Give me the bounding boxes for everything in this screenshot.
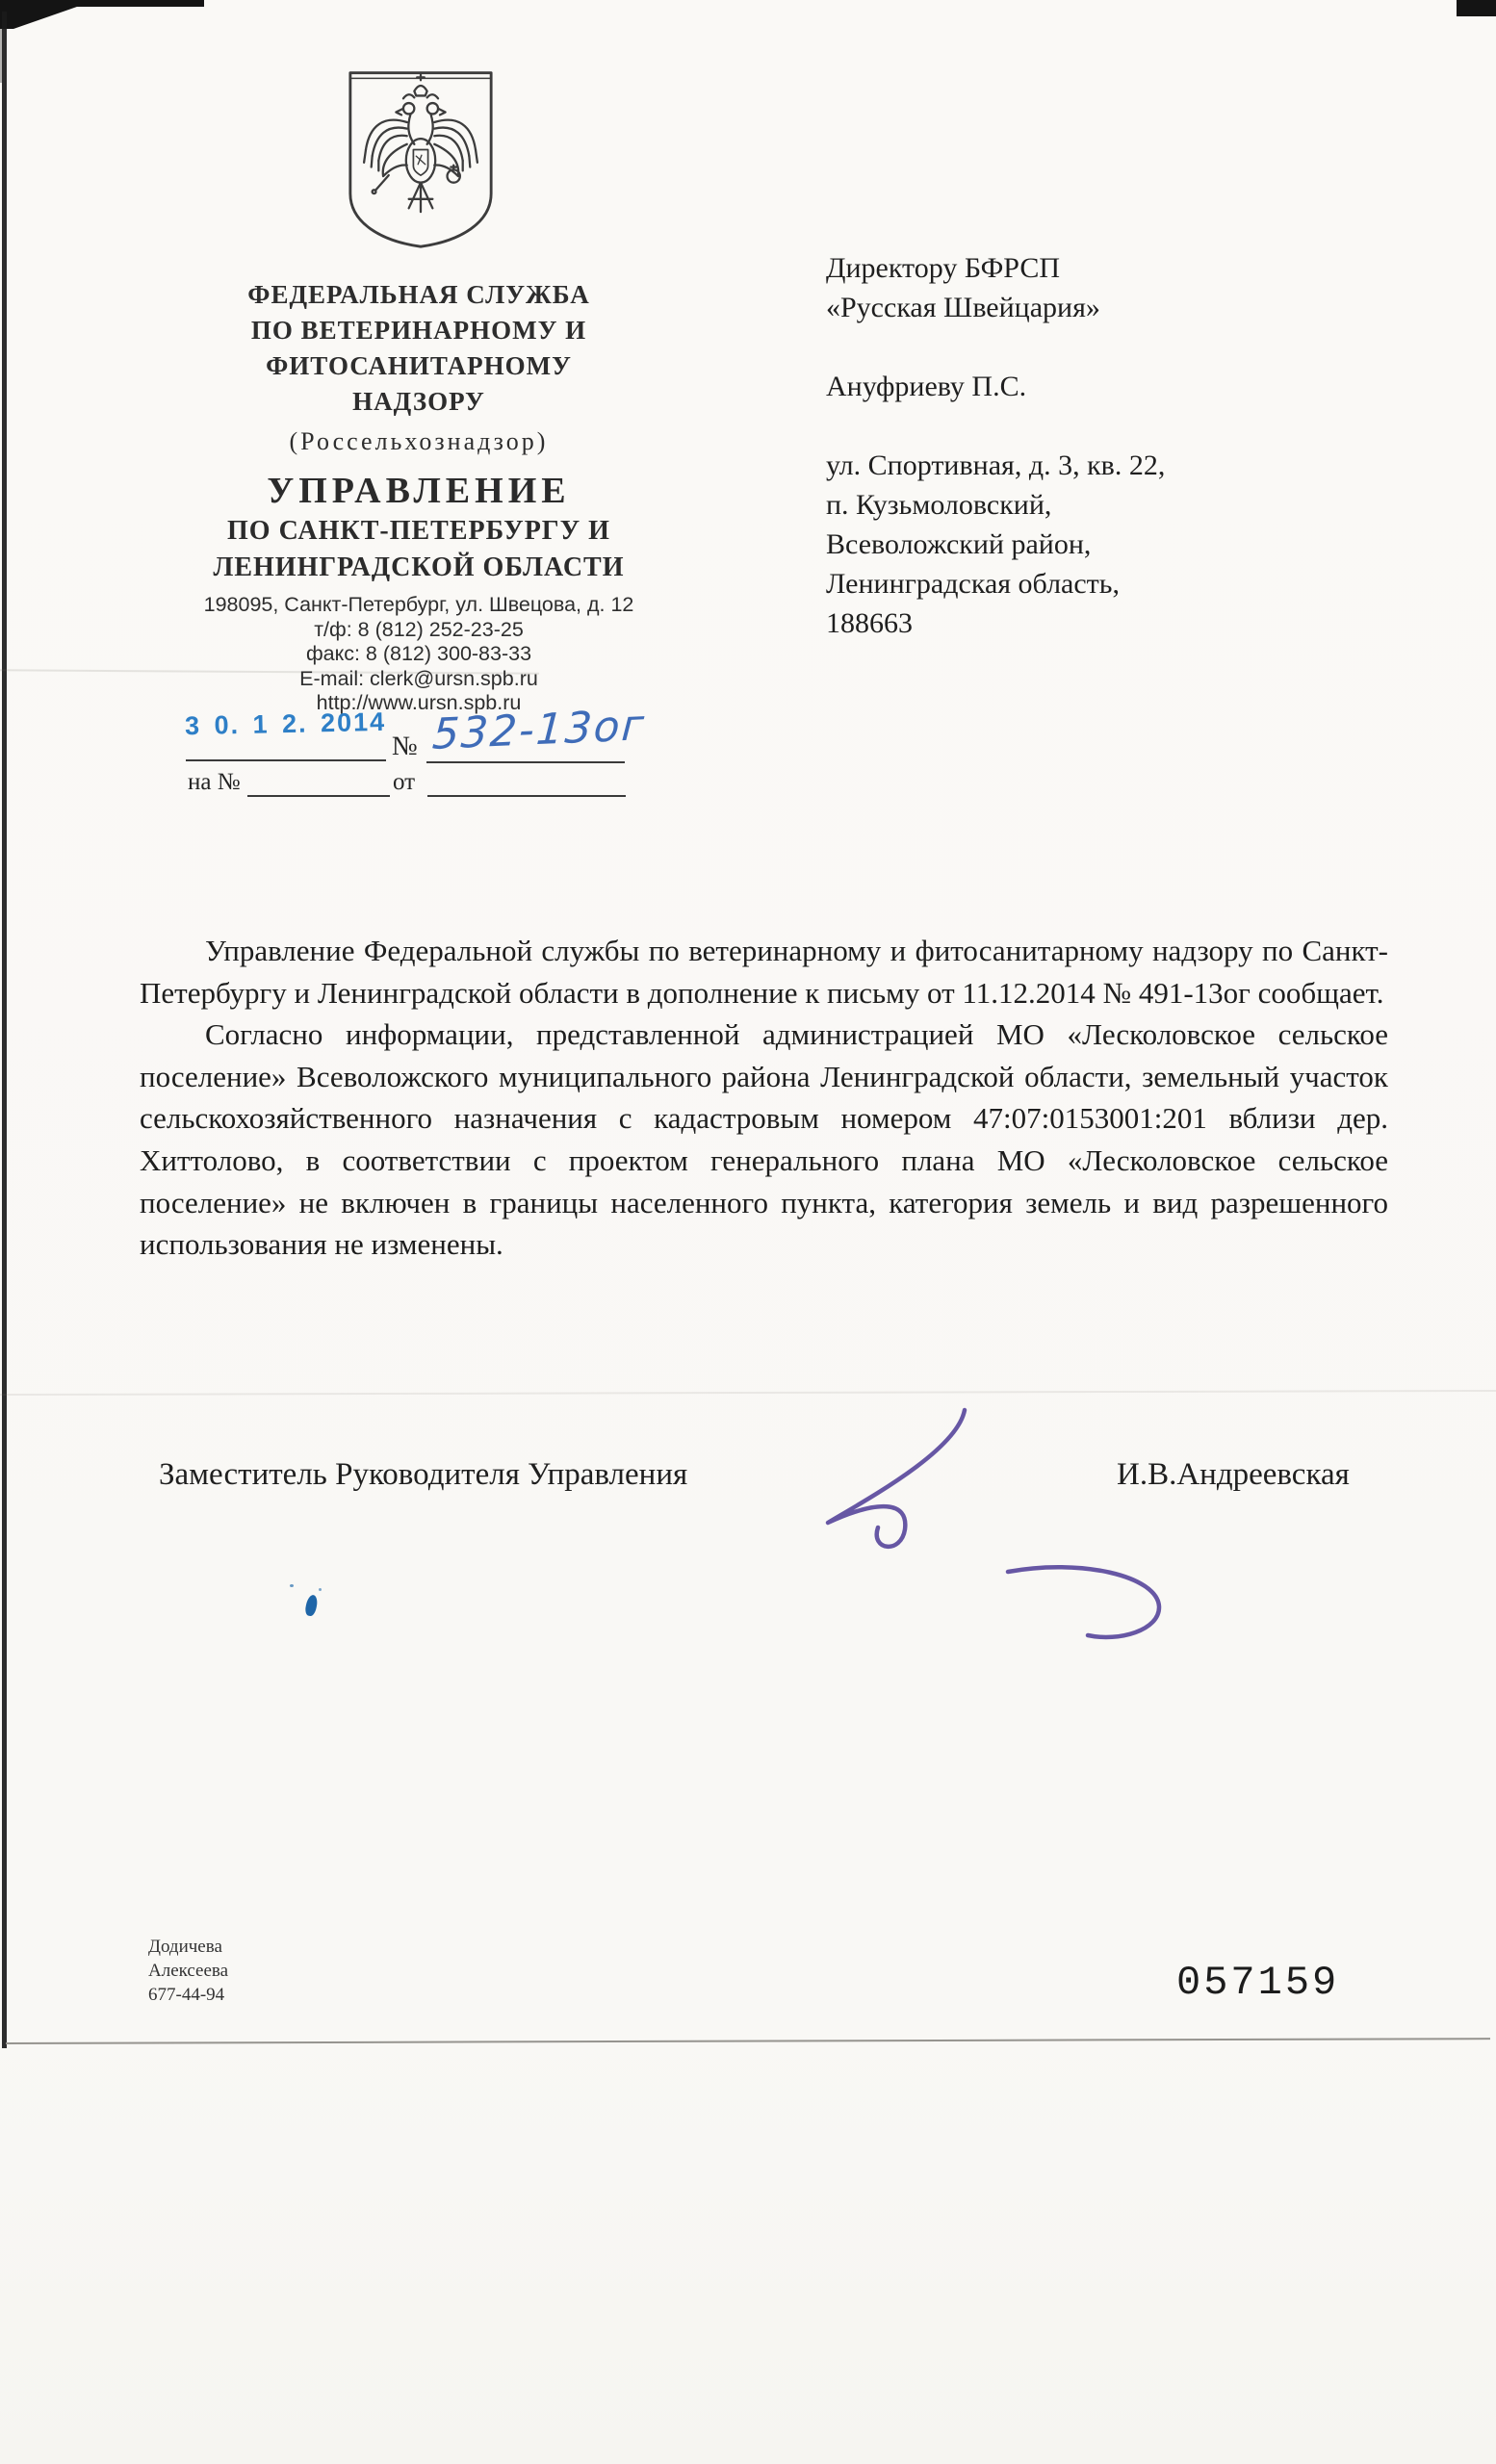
- scan-left-edge-artifact: [2, 12, 7, 2048]
- recipient-line: Директору БФРСП: [826, 248, 1192, 288]
- body-paragraph-2: Согласно информации, представленной адми…: [140, 1014, 1388, 1266]
- executor-block: Додичева Алексеева 677-44-94: [148, 1935, 228, 2007]
- recipient-line: ул. Спортивная, д. 3, кв. 22,: [826, 446, 1192, 485]
- body-paragraph-1: Управление Федеральной службы по ветерин…: [140, 930, 1388, 1014]
- executor-phone: 677-44-94: [148, 1983, 228, 2007]
- reply-from-underline: [427, 795, 626, 797]
- division-line: ПО САНКТ-ПЕТЕРБУРГУ И: [144, 513, 693, 550]
- recipient-line: Ануфриеву П.С.: [826, 367, 1192, 406]
- outgoing-number-underline: [426, 761, 625, 763]
- org-name-line: ФЕДЕРАЛЬНАЯ СЛУЖБА: [144, 277, 693, 313]
- ink-blot: [304, 1594, 319, 1617]
- date-stamp: 3 0. 1 2. 2014: [185, 707, 387, 741]
- reply-from-label: от: [393, 769, 415, 796]
- ink-speck: [290, 1584, 294, 1587]
- handwritten-signature-icon: [799, 1391, 1213, 1660]
- scan-top-left-corner-artifact: [0, 0, 96, 29]
- scanned-letter-page: ФЕДЕРАЛЬНАЯ СЛУЖБА ПО ВЕТЕРИНАРНОМУ И ФИ…: [0, 0, 1496, 2464]
- recipient-line: п. Кузьмоловский,: [826, 485, 1192, 525]
- signature-title: Заместитель Руководителя Управления: [159, 1457, 687, 1493]
- date-underline: [186, 759, 386, 761]
- scan-top-right-corner-artifact: [1457, 0, 1496, 16]
- letter-body: Управление Федеральной службы по ветерин…: [140, 930, 1388, 1266]
- executor-name: Додичева: [148, 1935, 228, 1959]
- recipient-line: Ленинградская область,: [826, 564, 1192, 603]
- letterhead-fax: факс: 8 (812) 300-83-33: [144, 642, 693, 667]
- org-name-line: НАДЗОРУ: [144, 384, 693, 420]
- outgoing-number-handwritten: 532-13ог: [431, 701, 648, 759]
- registration-number-stamp: 057159: [1176, 1960, 1339, 2006]
- recipient-line: 188663: [826, 603, 1192, 643]
- recipient-line: «Русская Швейцария»: [826, 288, 1192, 327]
- org-alias: (Россельхознадзор): [144, 425, 693, 458]
- recipient-block: Директору БФРСП «Русская Швейцария» Ануф…: [826, 248, 1192, 643]
- division-line: ЛЕНИНГРАДСКОЙ ОБЛАСТИ: [144, 550, 693, 586]
- outgoing-number-label: №: [392, 731, 418, 762]
- executor-name: Алексеева: [148, 1959, 228, 1983]
- org-name-line: ФИТОСАНИТАРНОМУ: [144, 348, 693, 384]
- division-title: УПРАВЛЕНИЕ: [144, 469, 693, 513]
- recipient-line: Всеволожский район,: [826, 525, 1192, 564]
- russia-coat-of-arms-icon: [343, 67, 499, 250]
- reply-number-label: на №: [188, 769, 241, 796]
- org-name-line: ПО ВЕТЕРИНАРНОМУ И: [144, 313, 693, 348]
- letterhead-address: 198095, Санкт-Петербург, ул. Швецова, д.…: [144, 593, 693, 618]
- reply-number-underline: [247, 795, 390, 797]
- letterhead-phone: т/ф: 8 (812) 252-23-25: [144, 618, 693, 643]
- page-edge-line: [6, 2038, 1490, 2044]
- letterhead-email: E-mail: clerk@ursn.spb.ru: [144, 667, 693, 692]
- ink-speck: [319, 1588, 322, 1591]
- paper-crease: [0, 1390, 1496, 1396]
